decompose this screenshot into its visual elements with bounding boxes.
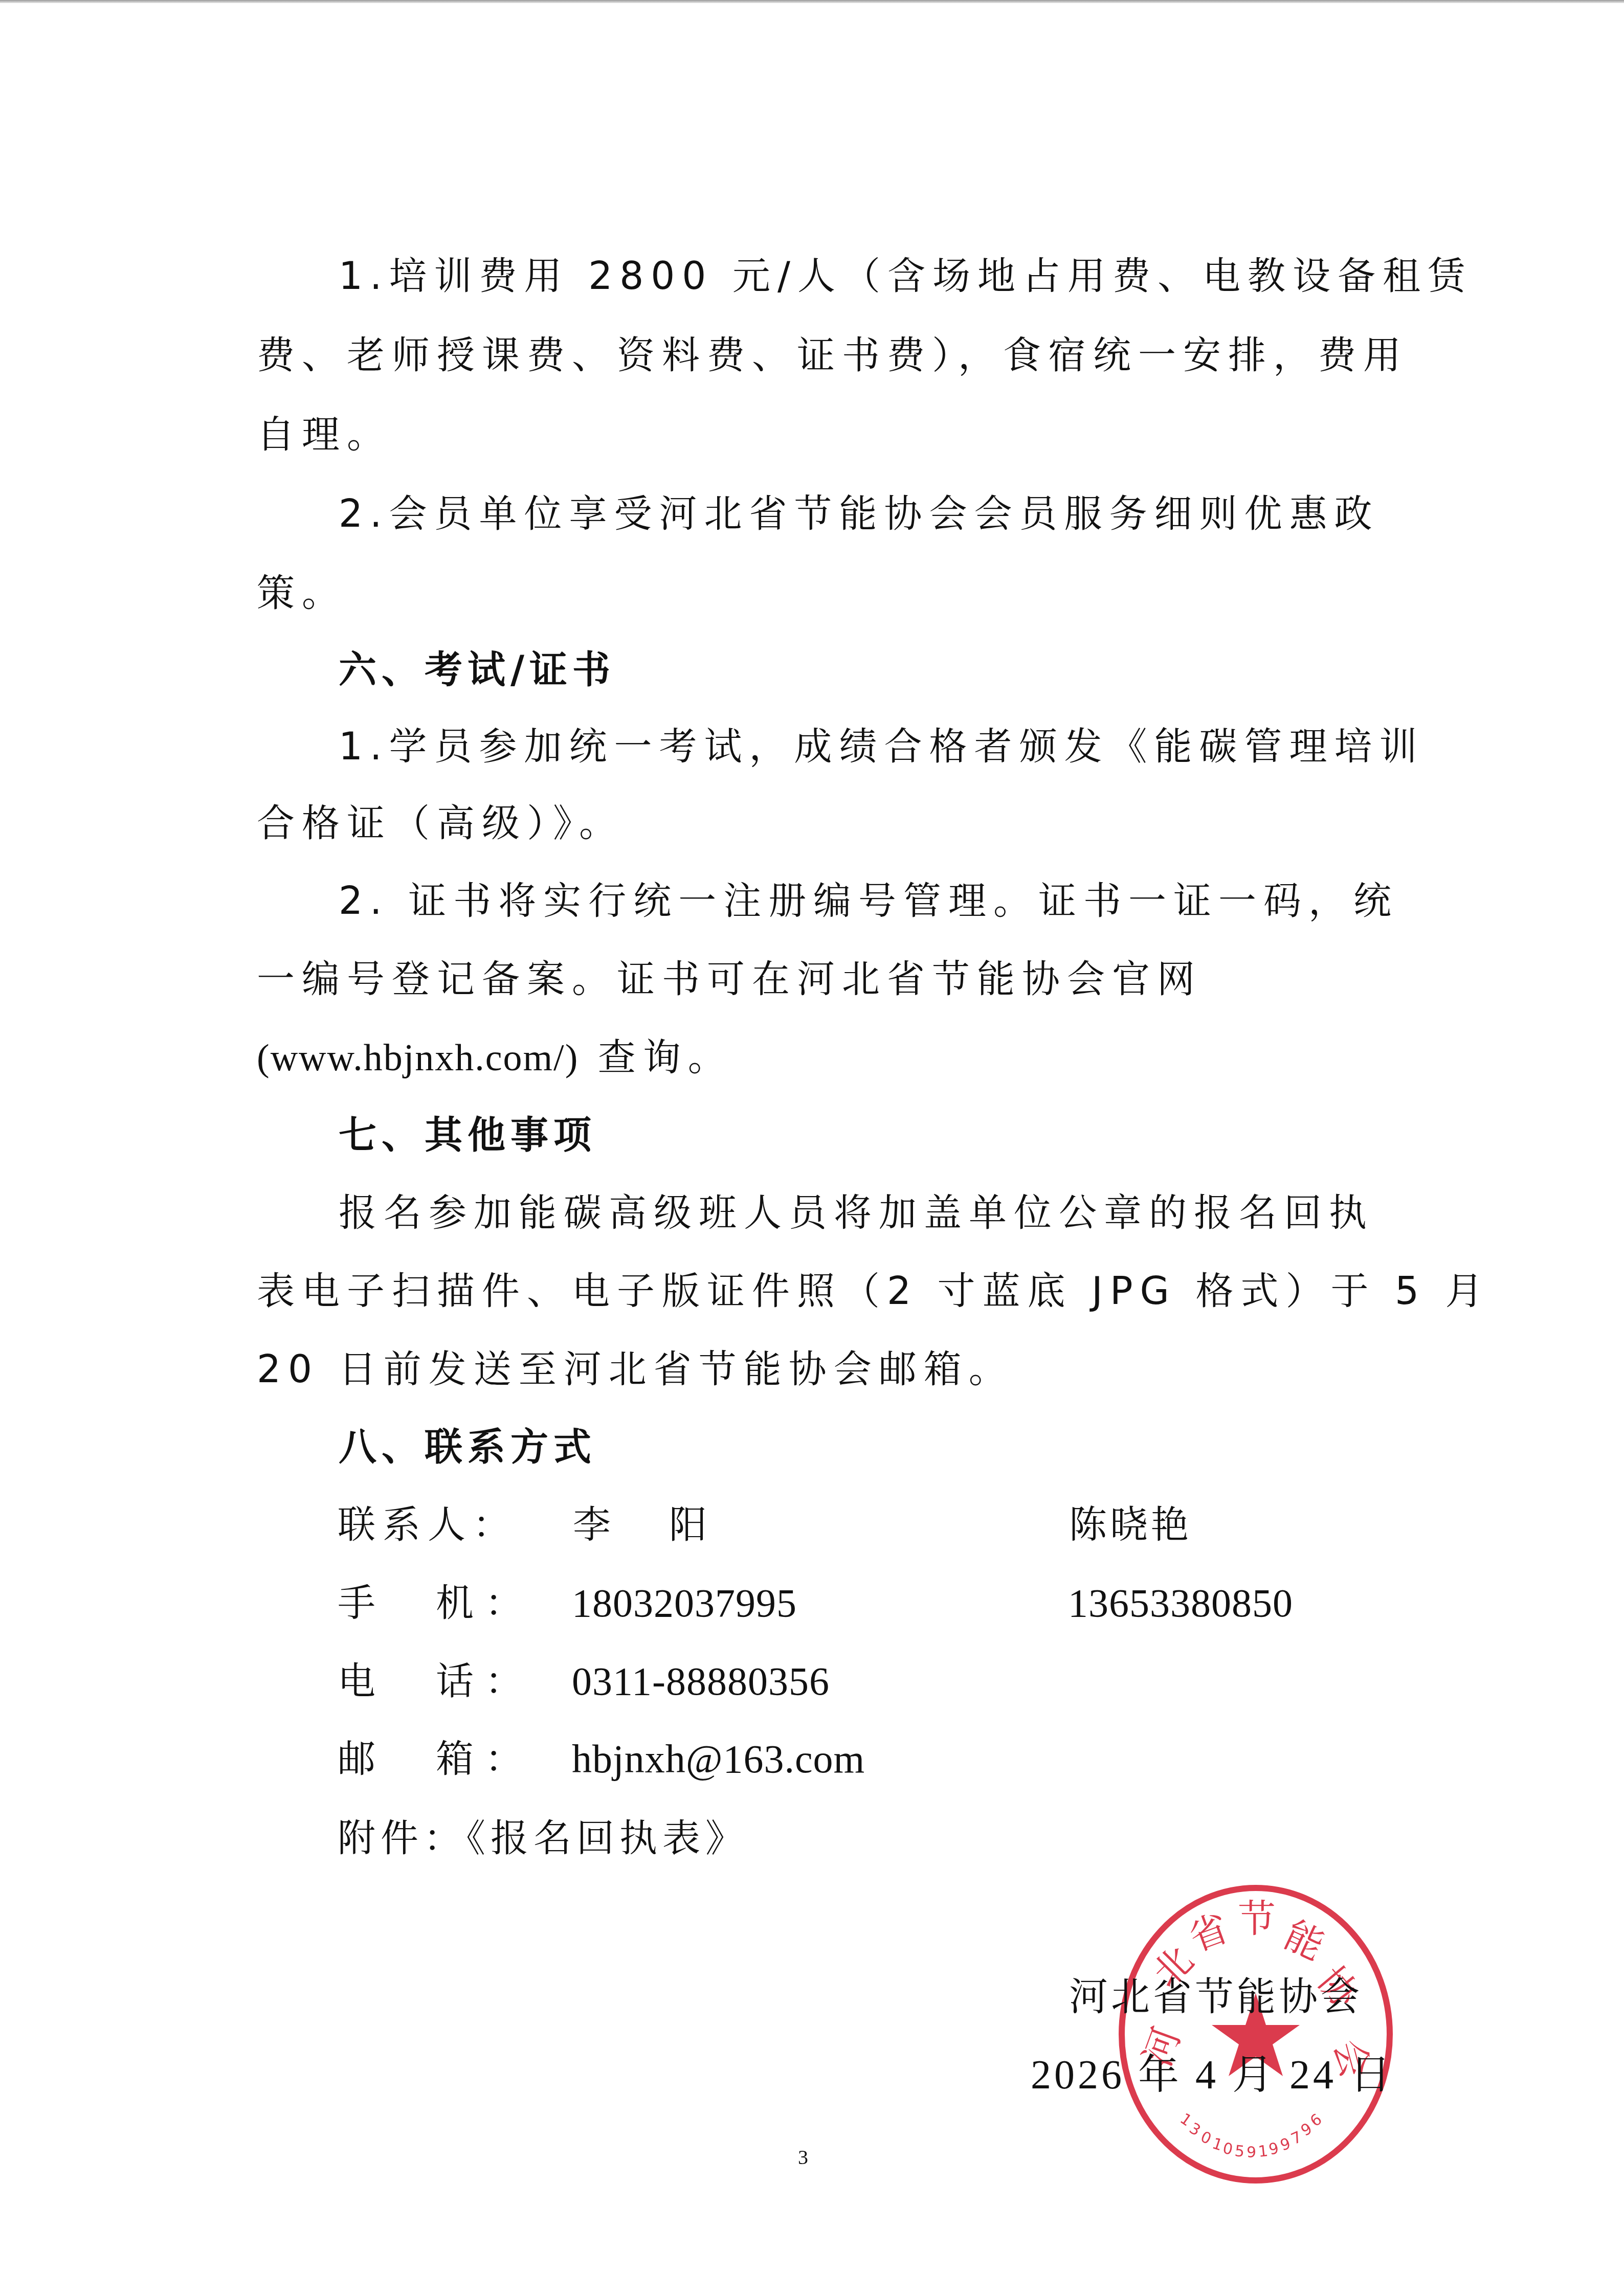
signing-organization: 河北省节能协会 (1069, 1971, 1363, 2022)
query-text: 查询。 (579, 1036, 733, 1079)
page-number: 3 (798, 2145, 808, 2169)
exam-item-2-line-2: 一编号登记备案。证书可在河北省节能协会官网 (257, 954, 1202, 1005)
section-heading-exam: 六、考试/证书 (339, 644, 615, 695)
mobile-label: 手 机： (338, 1578, 534, 1629)
phone-label: 电 话： (338, 1656, 534, 1707)
fee-item-1-line-1: 1.培训费用 2800 元/人（含场地占用费、电教设备租赁 (339, 251, 1473, 302)
section-heading-other: 七、其他事项 (339, 1110, 596, 1161)
svg-text:能: 能 (1278, 1913, 1330, 1969)
mobile-1[interactable]: 18032037995 (572, 1578, 797, 1629)
exam-item-2-line-1: 2. 证书将实行统一注册编号管理。证书一证一码，统 (339, 875, 1398, 927)
other-line-1: 报名参加能碳高级班人员将加盖单位公章的报名回执 (339, 1187, 1374, 1239)
official-seal-icon: 河 北 省 节 能 协 会 1 3 0 1 0 5 9 1 9 9 7 9 6 (1113, 1881, 1399, 2188)
contact-person-1: 李 阳 (573, 1499, 717, 1550)
attachment-line: 附件：《报名回执表》 (338, 1813, 748, 1864)
other-line-2: 表电子扫描件、电子版证件照（2 寸蓝底 JPG 格式）于 5 月 (257, 1266, 1490, 1317)
phone-number[interactable]: 0311-88880356 (572, 1656, 830, 1707)
svg-text:1: 1 (1257, 2142, 1269, 2161)
attachment-label: 附件： (338, 1816, 466, 1860)
fee-item-1-line-3: 自理。 (257, 409, 392, 460)
section-heading-contact: 八、联系方式 (339, 1422, 596, 1473)
fee-item-2-line-1: 2.会员单位享受河北省节能协会会员服务细则优惠政 (339, 488, 1380, 539)
svg-text:节: 节 (1238, 1897, 1276, 1941)
attachment-link[interactable]: 《报名回执表》 (466, 1816, 748, 1860)
mobile-2[interactable]: 13653380850 (1068, 1578, 1293, 1629)
document-page: 1.培训费用 2800 元/人（含场地占用费、电教设备租赁 费、老师授课费、资料… (0, 0, 1624, 2296)
email-address[interactable]: hbjnxh@163.com (572, 1734, 865, 1785)
contact-person-label: 联系人： (338, 1499, 518, 1550)
email-label: 邮 箱： (338, 1734, 534, 1785)
svg-text:省: 省 (1184, 1906, 1234, 1960)
fee-item-1-line-2: 费、老师授课费、资料费、证书费），食宿统一安排，费用 (257, 330, 1408, 381)
fee-item-2-line-2: 策。 (257, 568, 347, 619)
exam-item-1-line-1: 1.学员参加统一考试，成绩合格者颁发《能碳管理培训 (339, 721, 1425, 772)
website-link[interactable]: (www.hbjnxh.com/) (257, 1037, 579, 1079)
exam-item-2-line-3: (www.hbjnxh.com/) 查询。 (257, 1032, 733, 1084)
svg-text:5: 5 (1234, 2142, 1245, 2161)
exam-item-1-line-2: 合格证（高级）》。 (257, 798, 624, 849)
svg-text:9: 9 (1267, 2140, 1280, 2159)
other-line-3: 20 日前发送至河北省节能协会邮箱。 (257, 1344, 1014, 1395)
svg-text:9: 9 (1247, 2144, 1256, 2162)
signing-date: 2026 年 4 月 24 日 (1031, 2050, 1394, 2101)
contact-person-2: 陈晓艳 (1069, 1499, 1192, 1550)
